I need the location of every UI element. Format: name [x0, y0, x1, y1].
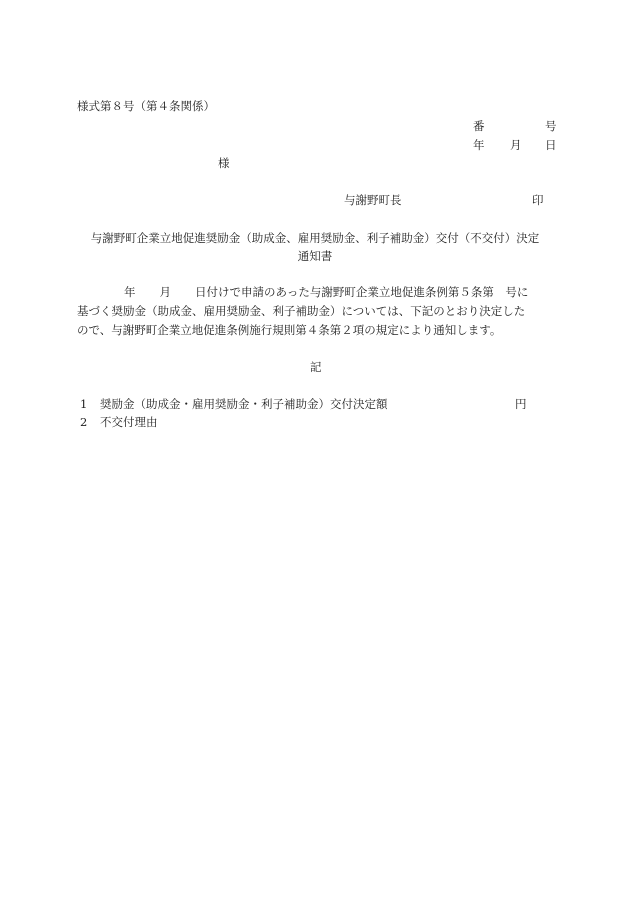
item-1-unit: 円	[515, 397, 527, 411]
date-day-label: 日	[545, 138, 557, 152]
recipient-suffix: 様	[218, 156, 230, 170]
date-year-label: 年	[473, 138, 485, 152]
ki-heading: 記	[310, 360, 322, 374]
document-title-line1: 与謝野町企業立地促進奨励金（助成金、雇用奨励金、利子補助金）交付（不交付）決定	[60, 231, 570, 245]
number-suffix: 号	[545, 119, 557, 133]
seal-mark: 印	[532, 193, 544, 207]
date-month-label: 月	[510, 138, 522, 152]
body-line-1: 年月日付けで申請のあった与謝野町企業立地促進条例第５条第 号に	[77, 283, 557, 302]
form-label: 様式第８号（第４条関係）	[77, 99, 215, 113]
body-line-3: ので、与謝野町企業立地促進条例施行規則第４条第２項の規定により通知します。	[77, 321, 557, 340]
item-1-number: 1	[80, 397, 87, 411]
issuer-title: 与謝野町長	[344, 193, 402, 207]
body-paragraph: 年月日付けで申請のあった与謝野町企業立地促進条例第５条第 号に 基づく奨励金（助…	[77, 283, 557, 340]
document-title-line2: 通知書	[70, 249, 560, 263]
body-year: 年	[124, 285, 136, 299]
item-1-label: 奨励金（助成金・雇用奨励金・利子補助金）交付決定額	[100, 397, 388, 411]
item-2-number: 2	[80, 415, 87, 429]
body-month: 月	[160, 285, 172, 299]
body-line-2: 基づく奨励金（助成金、雇用奨励金、利子補助金）については、下記のとおり決定した	[77, 302, 557, 321]
body-line1-rest: 日付けで申請のあった与謝野町企業立地促進条例第５条第 号に	[195, 285, 528, 299]
number-prefix: 番	[473, 119, 485, 133]
item-2-label: 不交付理由	[100, 415, 158, 429]
